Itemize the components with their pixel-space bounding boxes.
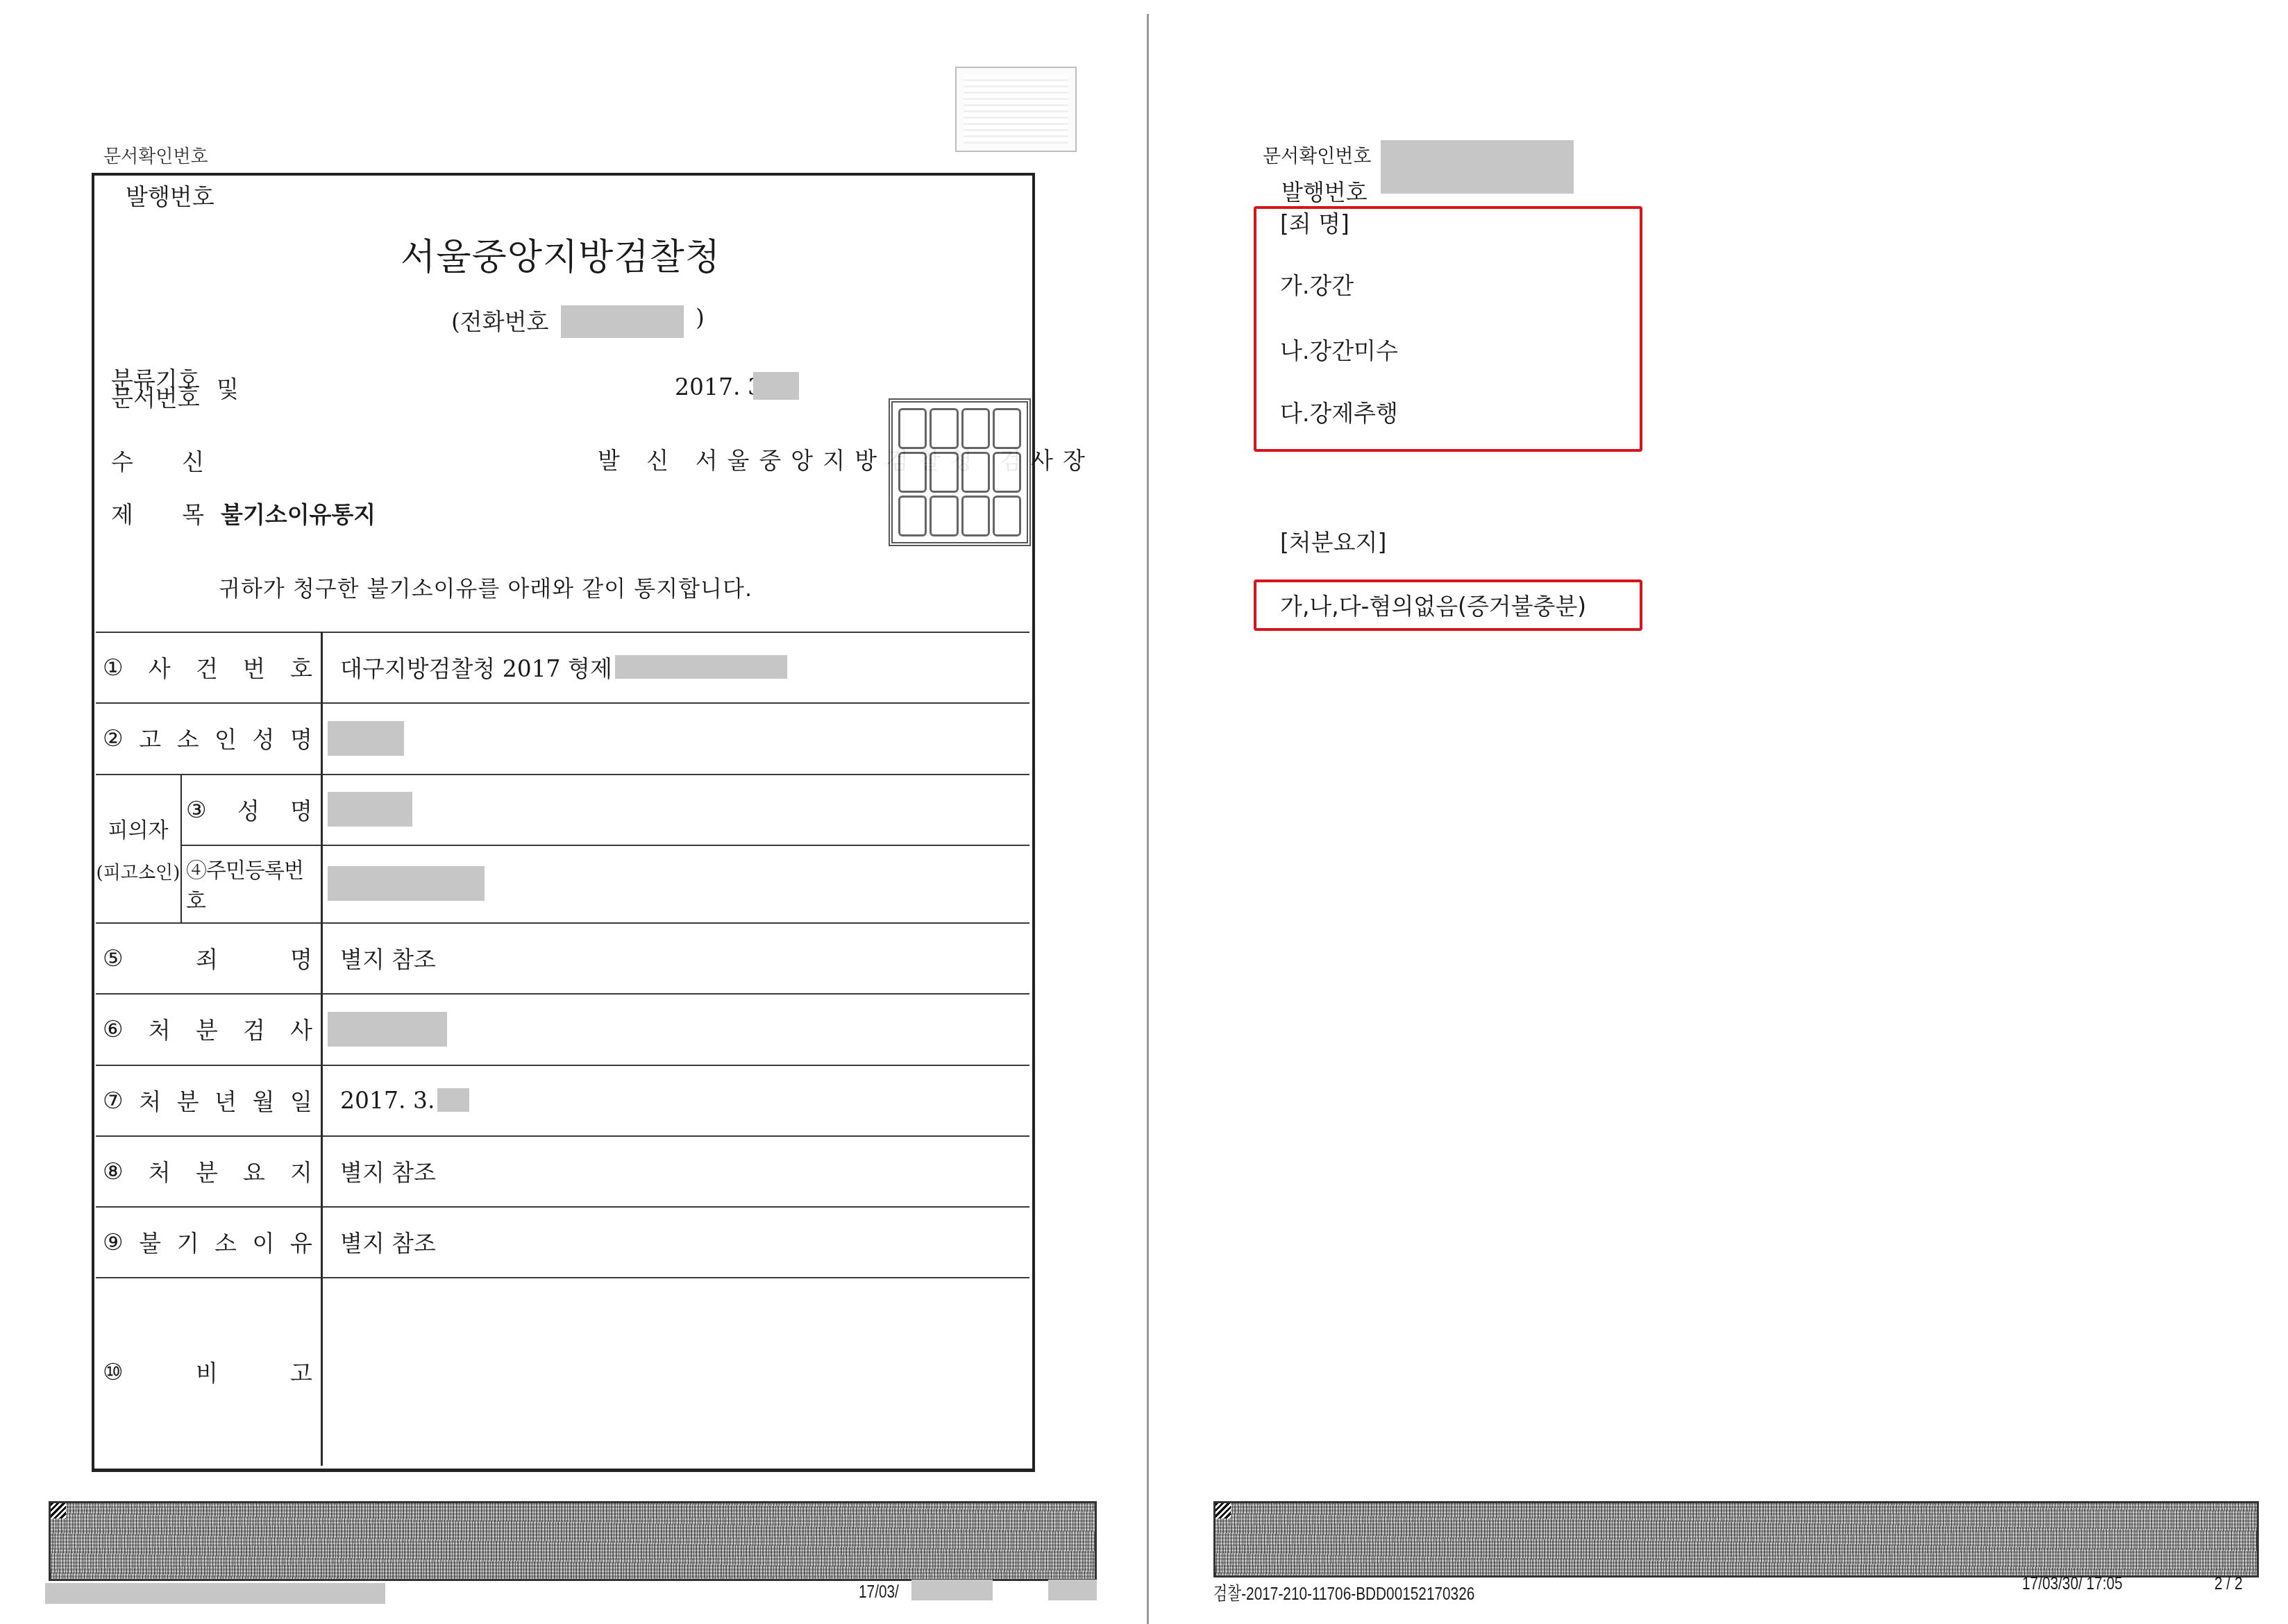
- table-row-value: 별지 참조: [340, 922, 436, 993]
- redacted-footer-time: [911, 1580, 993, 1600]
- classification-label: 분류기호 문서번호: [111, 371, 201, 407]
- table-row-value: [340, 845, 485, 922]
- revenue-stamp-box: [955, 67, 1077, 152]
- details-table: ①사건번호대구지방검찰청 2017 형제②고소인성명피의자(피고소인)③성명④주…: [96, 632, 1029, 1466]
- redacted-value: [437, 1088, 469, 1112]
- table-column-divider: [321, 632, 323, 1466]
- footer-date: 17/03/: [859, 1581, 899, 1602]
- disposition-text: 가,나,다-혐의없음(증거불충분): [1280, 589, 1586, 621]
- recipient-label: 수 신: [111, 444, 204, 477]
- document-check-number-label: 문서확인번호: [103, 142, 208, 168]
- table-row-label: ④주민등록번호: [186, 845, 312, 922]
- redacted-phone-number: [561, 305, 684, 338]
- footer-page-number: 2 / 2: [2214, 1573, 2242, 1594]
- footer-datetime: 17/03/30/ 17:05: [2022, 1573, 2123, 1594]
- table-row-label: ⑦처분년월일: [103, 1065, 312, 1135]
- charges-heading: [죄 명]: [1280, 206, 1349, 239]
- table-row-label: ⑤죄명: [103, 922, 312, 993]
- security-barcode: [49, 1501, 1097, 1581]
- table-row-label: ①사건번호: [103, 632, 312, 702]
- footer-document-code: 검찰-2017-210-11706-BDD00152170326: [1213, 1580, 1474, 1605]
- document-check-number-label: 문서확인번호: [1263, 141, 1372, 168]
- table-group-divider: [180, 774, 182, 922]
- table-row-label: ⑥처분검사: [103, 993, 312, 1065]
- official-seal-icon: [889, 398, 1031, 546]
- charge-item: 다.강제추행: [1280, 396, 1398, 428]
- table-row-label: ③성명: [186, 774, 312, 845]
- issue-number-label: 발행번호: [1281, 175, 1368, 207]
- classification-and: 및: [217, 371, 239, 404]
- redacted-value: [328, 1012, 447, 1047]
- redacted-value: [328, 866, 485, 901]
- charge-item: 가.강간: [1280, 268, 1354, 301]
- redacted-issue-number: [1381, 140, 1574, 194]
- notice-text: 귀하가 청구한 불기소이유를 아래와 같이 통지합니다.: [219, 571, 752, 603]
- table-row-value: 별지 참조: [340, 1206, 436, 1277]
- security-barcode: [1213, 1501, 2259, 1578]
- charge-item: 나.강간미수: [1280, 333, 1398, 366]
- redacted-footer-page: [1048, 1580, 1097, 1600]
- redacted-value: [328, 721, 404, 756]
- redacted-value: [615, 655, 787, 679]
- table-row-value: 별지 참조: [340, 1135, 436, 1206]
- table-row-value: [340, 774, 412, 845]
- group-name: 피의자: [108, 813, 169, 843]
- defendant-group-label: 피의자(피고소인): [96, 774, 180, 922]
- table-row-value: 2017. 3.: [340, 1065, 469, 1135]
- phone-label: (전화번호: [451, 304, 548, 337]
- page-divider: [1147, 14, 1149, 1624]
- subject-value: 불기소이유통지: [221, 497, 376, 530]
- table-row-label: ⑨불기소이유: [103, 1206, 312, 1277]
- redacted-footer-code: [45, 1583, 385, 1604]
- table-row-label: ⑧처분요지: [103, 1135, 312, 1206]
- issue-number-label: 발행번호: [126, 179, 214, 212]
- redacted-day: [753, 372, 799, 400]
- redacted-value: [328, 792, 412, 827]
- table-row-value: [340, 702, 404, 774]
- table-row-value: [340, 993, 447, 1065]
- table-row-label: ⑩비고: [103, 1277, 312, 1466]
- table-row-label: ②고소인성명: [103, 702, 312, 774]
- disposition-heading: [처분요지]: [1280, 525, 1386, 557]
- subject-label: 제 목: [111, 497, 204, 530]
- classification-label-line2: 문서번호: [111, 389, 201, 407]
- phone-close-paren: ): [696, 304, 705, 331]
- table-row-value: 대구지방검찰청 2017 형제: [340, 632, 787, 702]
- group-subname: (피고소인): [96, 858, 180, 884]
- agency-title: 서울중앙지방검찰청: [92, 228, 1029, 280]
